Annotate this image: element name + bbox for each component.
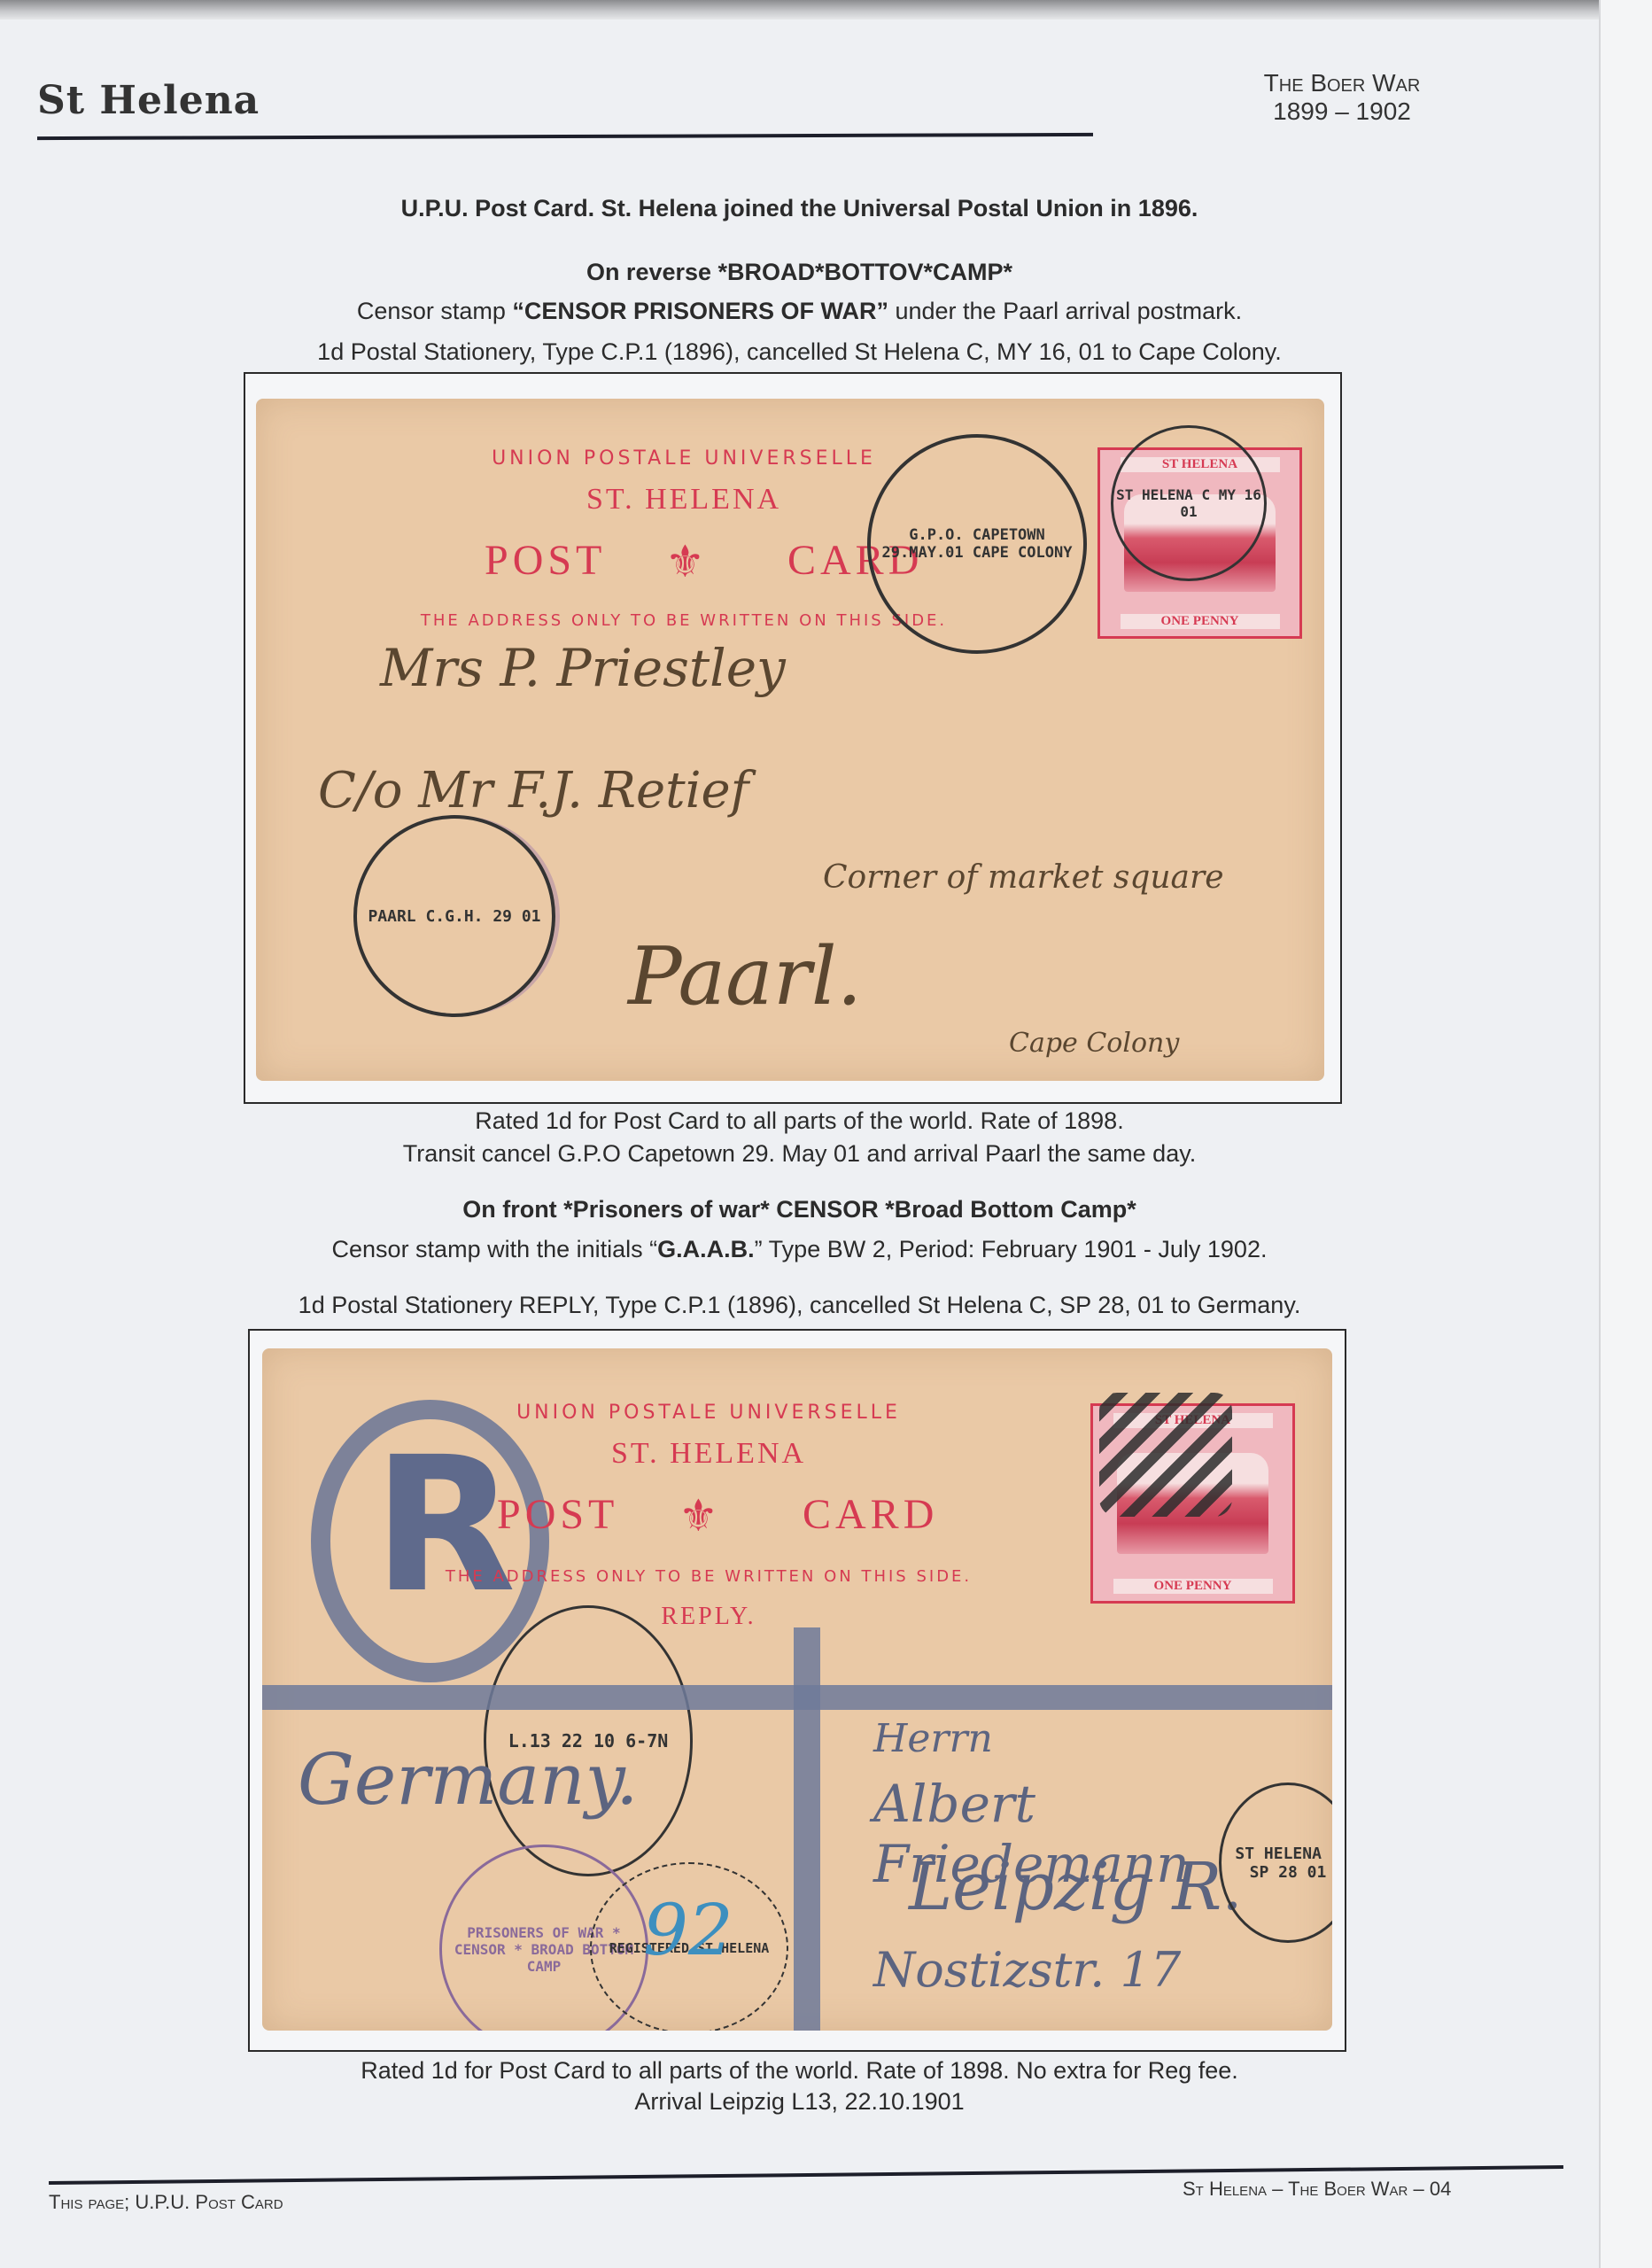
section1-heading: U.P.U. Post Card. St. Helena joined the … <box>0 195 1599 222</box>
section1-caption1: Rated 1d for Post Card to all parts of t… <box>0 1107 1599 1135</box>
censor-prefix: Censor stamp <box>357 298 513 324</box>
page-subtitle: The Boer War 1899 – 1902 <box>1209 69 1475 126</box>
paarl-arrival-postmark: PAARL C.G.H. 29 01 <box>353 815 555 1017</box>
section1-censor-note: Censor stamp “CENSOR PRISONERS OF WAR” u… <box>0 298 1599 325</box>
coat-of-arms-icon: ⚜ <box>679 1490 718 1542</box>
footer-left: This page; U.P.U. Post Card <box>49 2191 283 2214</box>
addressee-handwriting: Mrs P. Priestley <box>380 638 786 698</box>
card2-reply-text: REPLY. <box>262 1603 1244 1631</box>
section2-caption2: Arrival Leipzig L13, 22.10.1901 <box>0 2088 1599 2116</box>
card1-frame: UNION POSTALE UNIVERSELLE ST. HELENA POS… <box>244 372 1342 1104</box>
city-handwriting: Paarl. <box>628 930 862 1023</box>
page-right-edge <box>1599 0 1652 2268</box>
section1-reverse-note: On reverse *BROAD*BOTTOV*CAMP* <box>0 259 1599 286</box>
card1-upu-text: UNION POSTALE UNIVERSELLE <box>256 447 1218 470</box>
city-handwriting: Leipzig R. <box>909 1849 1243 1925</box>
st-helena-cancel: ST HELENA C MY 16 01 <box>1111 425 1267 581</box>
section1-caption2: Transit cancel G.P.O Capetown 29. May 01… <box>0 1140 1599 1168</box>
section1-stationery: 1d Postal Stationery, Type C.P.1 (1896),… <box>0 338 1599 366</box>
page-title: St Helena <box>37 78 260 123</box>
section2-censor-note: Censor stamp with the initials “G.A.A.B.… <box>0 1236 1599 1263</box>
care-of-handwriting: C/o Mr F.J. Retief <box>318 762 748 819</box>
scan-top-edge <box>0 0 1652 19</box>
footer-right: St Helena – The Boer War – 04 <box>1183 2178 1451 2201</box>
registration-cross-vertical <box>794 1627 820 2031</box>
postcard-1: UNION POSTALE UNIVERSELLE ST. HELENA POS… <box>256 399 1324 1081</box>
barred-obliterator-cancel <box>1099 1393 1232 1517</box>
subtitle-line1: The Boer War <box>1209 69 1475 97</box>
section2-caption1: Rated 1d for Post Card to all parts of t… <box>0 2057 1599 2085</box>
street-handwriting: Nostizstr. 17 <box>873 1942 1181 1998</box>
censor-bold: G.A.A.B. <box>657 1236 755 1262</box>
censor-suffix: under the Paarl arrival postmark. <box>888 298 1242 324</box>
section2-front-note: On front *Prisoners of war* CENSOR *Broa… <box>0 1196 1599 1223</box>
card2-frame: R UNION POSTALE UNIVERSELLE ST. HELENA P… <box>248 1329 1346 2052</box>
stamp-bottom-label: ONE PENNY <box>1121 614 1280 629</box>
coat-of-arms-icon: ⚜ <box>665 536 705 587</box>
region-handwriting: Cape Colony <box>1009 1028 1179 1059</box>
censor-suffix: ” Type BW 2, Period: February 1901 - Jul… <box>755 1236 1268 1262</box>
postcard-2: R UNION POSTALE UNIVERSELLE ST. HELENA P… <box>262 1348 1332 2031</box>
card1-address-note: THE ADDRESS ONLY TO BE WRITTEN ON THIS S… <box>256 611 1218 630</box>
transit-postmark: G.P.O. CAPETOWN 29.MAY.01 CAPE COLONY <box>867 434 1087 654</box>
section2-stationery: 1d Postal Stationery REPLY, Type C.P.1 (… <box>0 1292 1599 1319</box>
censor-prefix: Censor stamp with the initials “ <box>332 1236 658 1262</box>
registration-number: 92 <box>643 1889 733 1971</box>
stamp-bottom-label: ONE PENNY <box>1113 1579 1273 1594</box>
card2-post-text: POST <box>497 1490 618 1539</box>
destination-country-handwriting: Germany. <box>298 1738 639 1821</box>
street-handwriting: Corner of market square <box>823 859 1224 896</box>
addressee-title-handwriting: Herrn <box>873 1716 993 1761</box>
subtitle-line2: 1899 – 1902 <box>1209 97 1475 126</box>
card1-post-text: POST <box>485 536 606 585</box>
card2-card-text: CARD <box>803 1490 938 1539</box>
censor-bold: “CENSOR PRISONERS OF WAR” <box>512 298 888 324</box>
